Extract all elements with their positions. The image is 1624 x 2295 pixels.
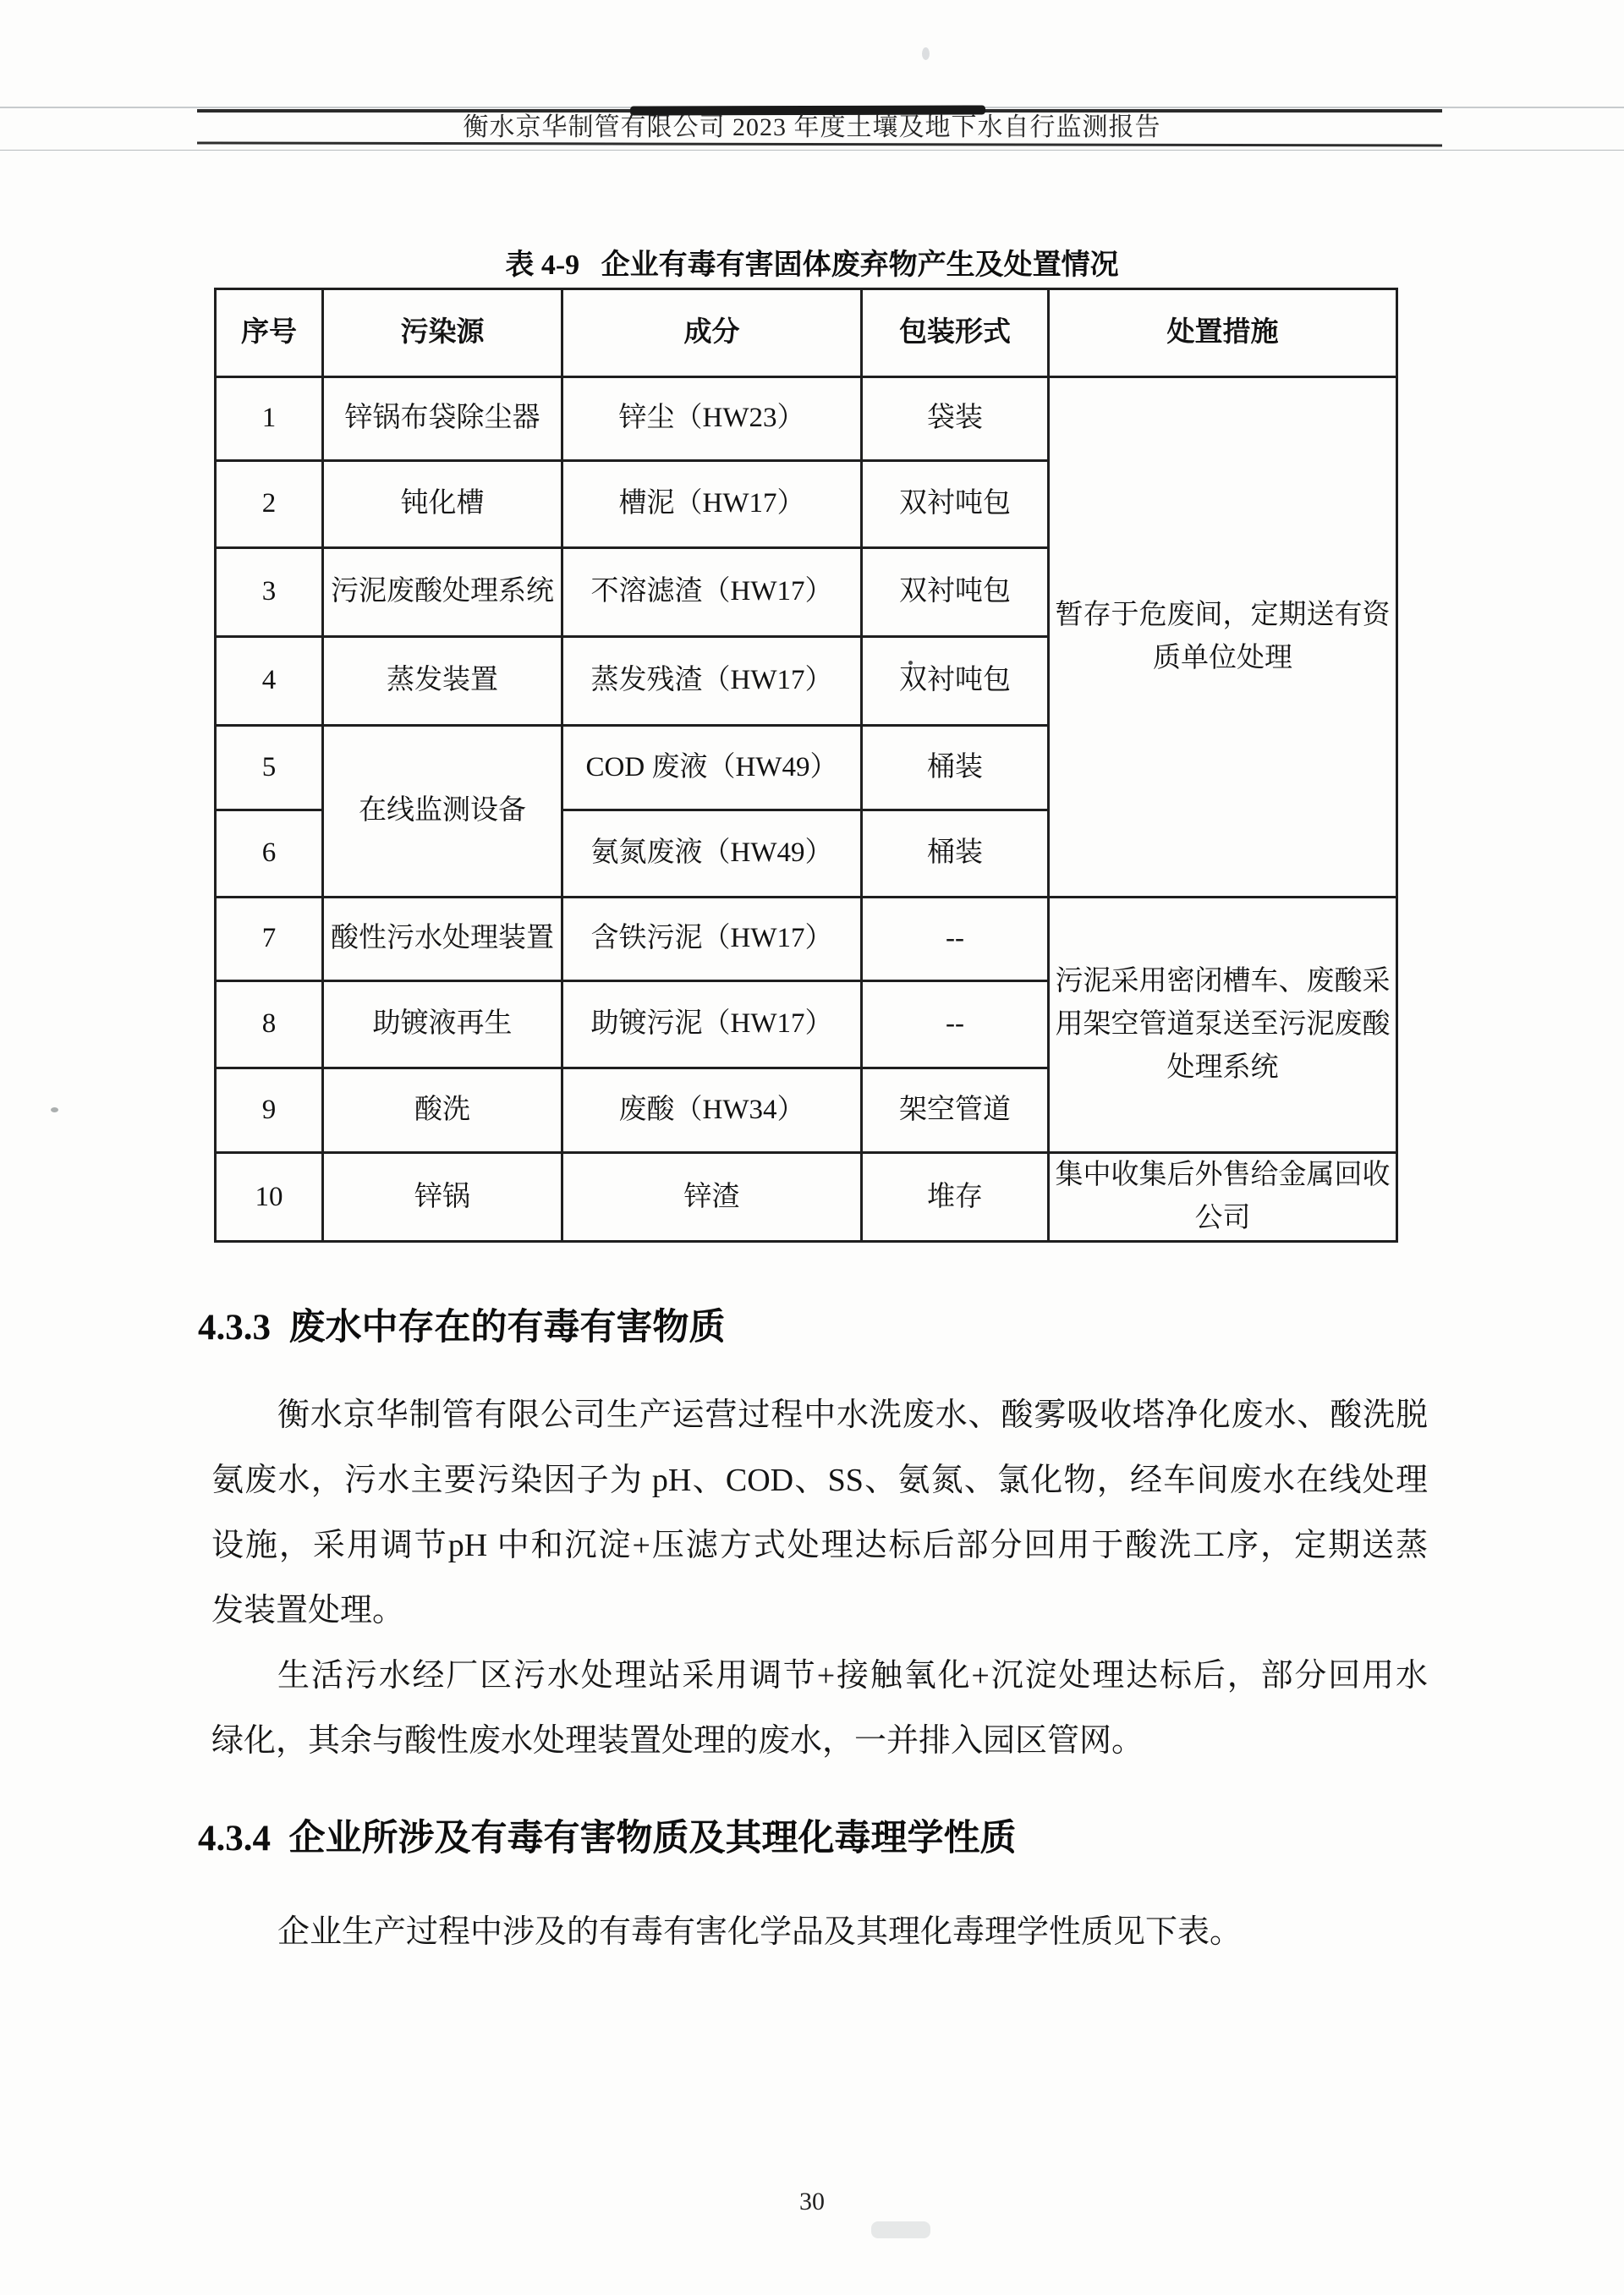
cell-no: 10 bbox=[216, 1153, 323, 1242]
cell-source: 酸性污水处理装置 bbox=[323, 898, 562, 981]
table-row: 10 锌锅 锌渣 堆存 集中收集后外售给金属回收公司 bbox=[216, 1153, 1397, 1242]
cell-packaging: 架空管道 bbox=[862, 1068, 1049, 1153]
cell-source: 污泥废酸处理系统 bbox=[323, 548, 562, 637]
cell-packaging: 堆存 bbox=[862, 1153, 1049, 1242]
paragraph-line: 绿化，其余与酸性废水处理装置处理的废水，一并排入园区管网。 bbox=[211, 1709, 1428, 1774]
table-row: 7 酸性污水处理装置 含铁污泥（HW17） -- 污泥采用密闭槽车、废酸采用架空… bbox=[216, 898, 1397, 981]
cell-packaging: 双衬吨包 bbox=[862, 461, 1049, 548]
col-header-component: 成分 bbox=[562, 289, 862, 377]
body-text: 4.3.3 废水中存在的有毒有害物质 衡水京华制管有限公司生产运营过程中水洗废水… bbox=[211, 1306, 1428, 1965]
cell-no: 2 bbox=[216, 461, 323, 548]
cell-component: 含铁污泥（HW17） bbox=[562, 898, 862, 981]
col-header-source: 污染源 bbox=[323, 289, 562, 377]
paragraph-line: 衡水京华制管有限公司生产运营过程中水洗废水、酸雾吸收塔净化废水、酸洗脱 bbox=[211, 1383, 1428, 1448]
cell-packaging: 桶装 bbox=[862, 810, 1049, 898]
cell-source: 锌锅 bbox=[323, 1153, 562, 1242]
cell-disposal-merged-1-6: 暂存于危废间，定期送有资质单位处理 bbox=[1049, 377, 1397, 898]
col-header-disposal: 处置措施 bbox=[1049, 289, 1397, 377]
cell-packaging: -- bbox=[862, 981, 1049, 1068]
cell-component: COD 废液（HW49） bbox=[562, 726, 862, 810]
cell-packaging: 双衬吨包 bbox=[862, 548, 1049, 637]
cell-source: 酸洗 bbox=[323, 1068, 562, 1153]
cell-packaging: 袋装 bbox=[862, 377, 1049, 461]
paragraph-433-1: 衡水京华制管有限公司生产运营过程中水洗废水、酸雾吸收塔净化废水、酸洗脱 氨废水，… bbox=[211, 1383, 1428, 1644]
cell-component: 废酸（HW34） bbox=[562, 1068, 862, 1153]
cell-component: 锌尘（HW23） bbox=[562, 377, 862, 461]
running-header-title: 衡水京华制管有限公司 2023 年度土壤及地下水自行监测报告 bbox=[0, 112, 1624, 144]
cell-no: 5 bbox=[216, 726, 323, 810]
cell-packaging: 桶装 bbox=[862, 726, 1049, 810]
scan-speck bbox=[922, 47, 930, 60]
cell-source: 钝化槽 bbox=[323, 461, 562, 548]
page-number: 30 bbox=[0, 2188, 1624, 2216]
table-row: 1 锌锅布袋除尘器 锌尘（HW23） 袋装 暂存于危废间，定期送有资质单位处理 bbox=[216, 377, 1397, 461]
waste-disposal-table: 序号 污染源 成分 包装形式 处置措施 1 锌锅布袋除尘器 锌尘（HW23） 袋… bbox=[214, 288, 1398, 1243]
cell-source-merged-5-6: 在线监测设备 bbox=[323, 726, 562, 898]
document-page: 衡水京华制管有限公司 2023 年度土壤及地下水自行监测报告 表 4-9 企业有… bbox=[0, 0, 1624, 2295]
scan-speck bbox=[871, 2221, 930, 2238]
scan-speck bbox=[908, 661, 913, 665]
paragraph-433-2: 生活污水经厂区污水处理站采用调节+接触氧化+沉淀处理达标后，部分回用水 绿化，其… bbox=[211, 1644, 1428, 1774]
scan-faint-rule-2 bbox=[0, 150, 1624, 151]
cell-disposal-row-10: 集中收集后外售给金属回收公司 bbox=[1049, 1153, 1397, 1242]
cell-component: 氨氮废液（HW49） bbox=[562, 810, 862, 898]
cell-no: 7 bbox=[216, 898, 323, 981]
scan-speck bbox=[51, 1107, 58, 1112]
table-caption: 表 4-9 企业有毒有害固体废弃物产生及处置情况 bbox=[0, 248, 1624, 283]
cell-component: 蒸发残渣（HW17） bbox=[562, 637, 862, 726]
paragraph-line: 企业生产过程中涉及的有毒有害化学品及其理化毒理学性质见下表。 bbox=[211, 1900, 1428, 1965]
cell-no: 4 bbox=[216, 637, 323, 726]
cell-packaging: -- bbox=[862, 898, 1049, 981]
cell-component: 锌渣 bbox=[562, 1153, 862, 1242]
section-heading-433: 4.3.3 废水中存在的有毒有害物质 bbox=[198, 1306, 1428, 1350]
paragraph-434-1: 企业生产过程中涉及的有毒有害化学品及其理化毒理学性质见下表。 bbox=[211, 1900, 1428, 1965]
cell-packaging: 双衬吨包 bbox=[862, 637, 1049, 726]
cell-component: 槽泥（HW17） bbox=[562, 461, 862, 548]
cell-no: 3 bbox=[216, 548, 323, 637]
paragraph-line: 氨废水，污水主要污染因子为 pH、COD、SS、氨氮、氯化物，经车间废水在线处理 bbox=[211, 1448, 1428, 1513]
cell-component: 助镀污泥（HW17） bbox=[562, 981, 862, 1068]
cell-component: 不溶滤渣（HW17） bbox=[562, 548, 862, 637]
cell-no: 9 bbox=[216, 1068, 323, 1153]
cell-source: 蒸发装置 bbox=[323, 637, 562, 726]
cell-no: 6 bbox=[216, 810, 323, 898]
paragraph-line: 设施，采用调节pH 中和沉淀+压滤方式处理达标后部分回用于酸洗工序，定期送蒸 bbox=[211, 1513, 1428, 1578]
paragraph-line: 发装置处理。 bbox=[211, 1578, 1428, 1644]
paragraph-line: 生活污水经厂区污水处理站采用调节+接触氧化+沉淀处理达标后，部分回用水 bbox=[211, 1644, 1428, 1709]
cell-no: 1 bbox=[216, 377, 323, 461]
section-heading-434: 4.3.4 企业所涉及有毒有害物质及其理化毒理学性质 bbox=[198, 1817, 1428, 1861]
cell-disposal-merged-7-9: 污泥采用密闭槽车、废酸采用架空管道泵送至污泥废酸处理系统 bbox=[1049, 898, 1397, 1153]
table-header-row: 序号 污染源 成分 包装形式 处置措施 bbox=[216, 289, 1397, 377]
cell-source: 助镀液再生 bbox=[323, 981, 562, 1068]
cell-source: 锌锅布袋除尘器 bbox=[323, 377, 562, 461]
col-header-no: 序号 bbox=[216, 289, 323, 377]
col-header-packaging: 包装形式 bbox=[862, 289, 1049, 377]
cell-no: 8 bbox=[216, 981, 323, 1068]
